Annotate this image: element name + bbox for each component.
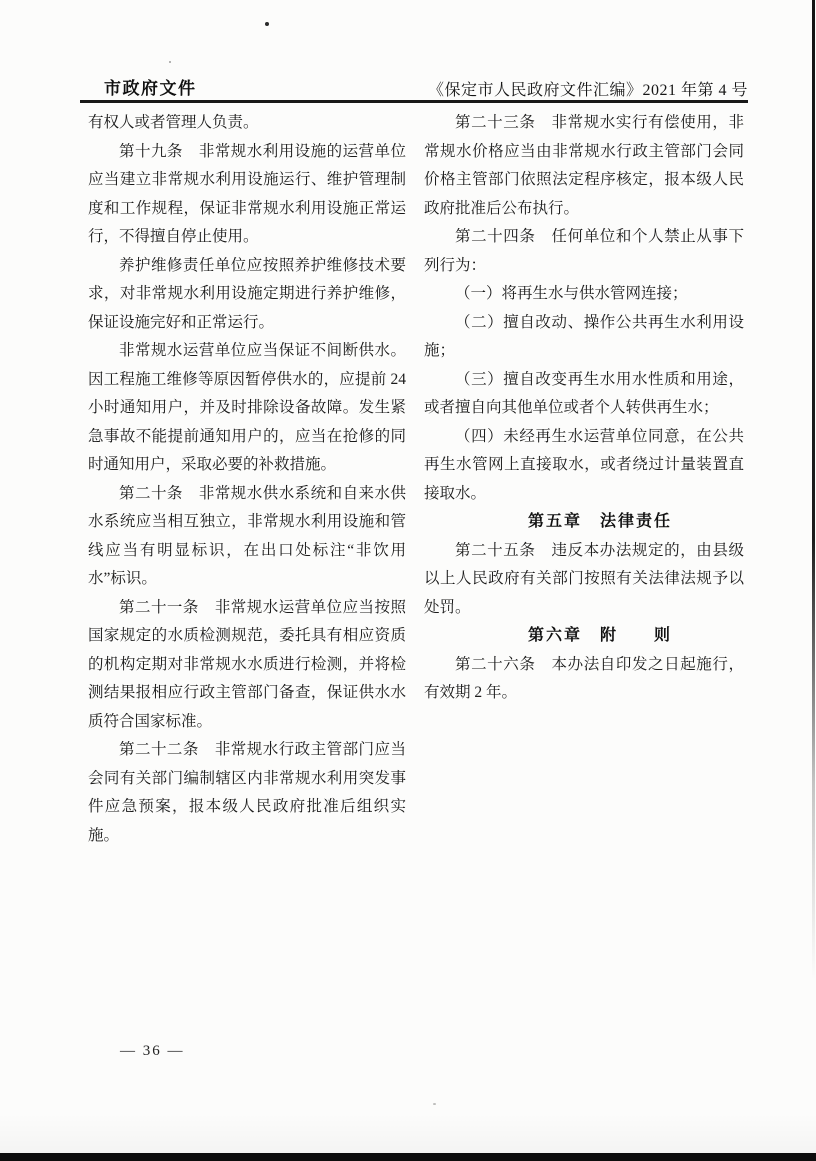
list-item: （三）擅自改变再生水用水性质和用途，或者擅自向其他单位或者个人转供再生水； bbox=[424, 366, 744, 423]
text-column-left: 有权人或者管理人负责。 第十九条 非常规水利用设施的运营单位应当建立非常规水利用… bbox=[88, 109, 406, 850]
header-compilation-title: 《保定市人民政府文件汇编》2021 年第 4 号 bbox=[428, 77, 748, 100]
paragraph-article-25: 第二十五条 违反本办法规定的，由县级以上人民政府有关部门按照有关法律法规予以处罚… bbox=[424, 537, 744, 623]
scan-edge-right bbox=[812, 0, 815, 980]
paragraph-article-19: 第十九条 非常规水利用设施的运营单位应当建立非常规水利用设施运行、维护管理制度和… bbox=[88, 138, 406, 252]
scanned-document-page: 市政府文件 《保定市人民政府文件汇编》2021 年第 4 号 有权人或者管理人负… bbox=[0, 0, 816, 1161]
scan-speck bbox=[433, 1103, 436, 1105]
paragraph-article-26: 第二十六条 本办法自印发之日起施行，有效期 2 年。 bbox=[424, 651, 744, 708]
list-item: （一）将再生水与供水管网连接； bbox=[424, 280, 744, 309]
scan-shadow bbox=[0, 1113, 816, 1153]
scan-speck bbox=[169, 61, 171, 63]
paragraph-article-23: 第二十三条 非常规水实行有偿使用，非常规水价格应当由非常规水行政主管部门会同价格… bbox=[424, 109, 744, 223]
scan-edge-bottom bbox=[0, 1153, 816, 1161]
paragraph-article-21: 第二十一条 非常规水运营单位应当按照国家规定的水质检测规范，委托具有相应资质的机… bbox=[88, 594, 406, 737]
chapter-heading-5: 第五章 法律责任 bbox=[424, 508, 744, 537]
paragraph: 养护维修责任单位应按照养护维修技术要求，对非常规水利用设施定期进行养护维修，保证… bbox=[88, 252, 406, 338]
chapter-heading-6: 第六章 附 则 bbox=[424, 622, 744, 651]
page-number: — 36 — bbox=[120, 1043, 185, 1060]
paragraph: 有权人或者管理人负责。 bbox=[88, 109, 406, 138]
text-column-right: 第二十三条 非常规水实行有偿使用，非常规水价格应当由非常规水行政主管部门会同价格… bbox=[424, 109, 744, 708]
paragraph-article-24: 第二十四条 任何单位和个人禁止从事下列行为： bbox=[424, 223, 744, 280]
header-divider bbox=[80, 100, 748, 103]
paragraph-article-22: 第二十二条 非常规水行政主管部门应当会同有关部门编制辖区内非常规水利用突发事件应… bbox=[88, 736, 406, 850]
list-item: （四）未经再生水运营单位同意，在公共再生水管网上直接取水，或者绕过计量装置直接取… bbox=[424, 423, 744, 509]
scan-speck bbox=[265, 22, 269, 26]
paragraph-article-20: 第二十条 非常规水供水系统和自来水供水系统应当相互独立，非常规水利用设施和管线应… bbox=[88, 480, 406, 594]
paragraph: 非常规水运营单位应当保证不间断供水。因工程施工维修等原因暂停供水的，应提前 24… bbox=[88, 337, 406, 480]
list-item: （二）擅自改动、操作公共再生水利用设施； bbox=[424, 309, 744, 366]
header-category-label: 市政府文件 bbox=[104, 74, 197, 99]
